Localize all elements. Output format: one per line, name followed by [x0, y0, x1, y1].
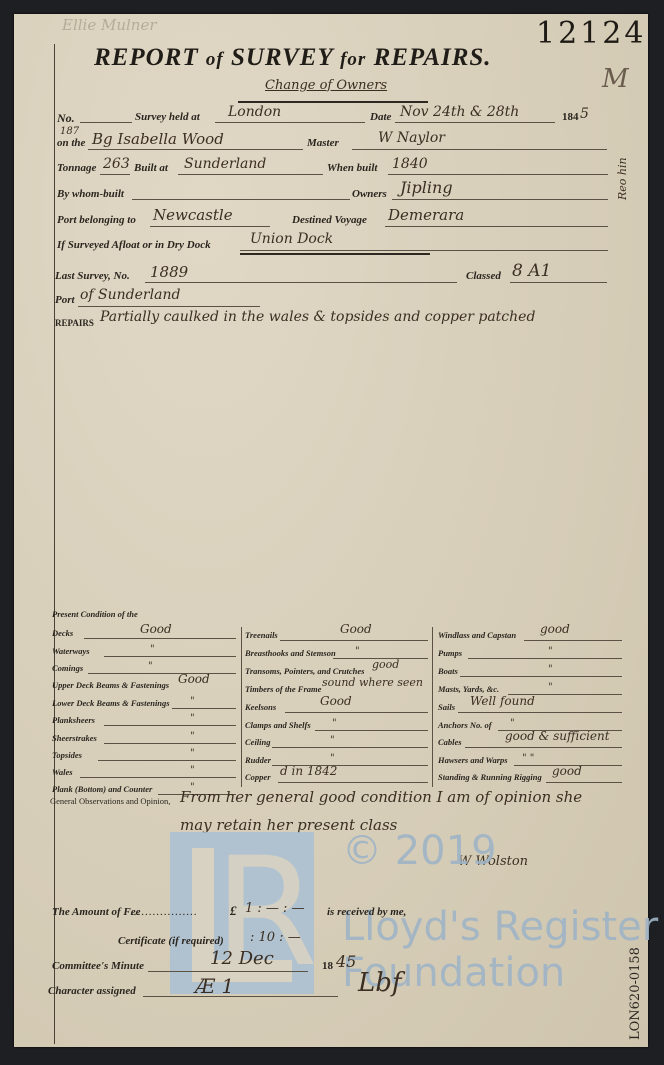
master-label: Master — [307, 137, 339, 149]
condition-value: Good — [140, 622, 172, 636]
tonnage-label: Tonnage — [57, 162, 96, 174]
survey-held-at-label: Survey held at — [135, 111, 200, 123]
port-belonging-label: Port belonging to — [57, 214, 136, 226]
archive-reference: LON620-0158 — [628, 947, 643, 1040]
vessel-name: Bg Isabella Wood — [92, 130, 224, 148]
on-the-label: on the — [57, 137, 85, 149]
certificate-value: : 10 : — — [250, 930, 301, 945]
condition-label: Cables — [438, 737, 462, 747]
condition-label: Transoms, Pointers, and Crutches — [245, 666, 364, 676]
section-divider — [240, 253, 430, 255]
condition-value: " " — [522, 753, 534, 764]
condition-value: " — [190, 765, 195, 776]
committee-year-suffix: 45 — [336, 952, 356, 971]
classed-label: Classed — [466, 270, 501, 282]
received-label: is received by me, — [327, 906, 406, 918]
margin-note: Reo hin — [616, 157, 629, 200]
repairs-value: Partially caulked in the wales & topside… — [100, 309, 535, 325]
condition-label: Standing & Running Rigging — [438, 772, 542, 782]
secretary-initials: Lbf — [358, 968, 402, 998]
condition-value: d in 1842 — [280, 764, 337, 778]
subtitle: Change of Owners — [265, 78, 387, 93]
master-value: W Naylor — [378, 130, 445, 146]
condition-label: Topsides — [52, 750, 82, 760]
condition-label: Timbers of the Frame — [245, 684, 321, 694]
condition-label: Decks — [52, 628, 73, 638]
fee-value: 1 : — : — — [245, 901, 305, 916]
condition-value: Good — [178, 672, 210, 686]
column-divider-2 — [432, 627, 433, 787]
condition-value: " — [150, 644, 155, 655]
pencil-note: Ellie Mulner — [62, 16, 157, 34]
condition-label: Planksheers — [52, 715, 95, 725]
condition-label: Windlass and Capstan — [438, 630, 516, 640]
fee-dots: .................. — [130, 906, 198, 918]
condition-label: Sails — [438, 702, 455, 712]
condition-label: Boats — [438, 666, 458, 676]
when-built-label: When built — [327, 162, 377, 174]
pound-sign: £ — [230, 903, 237, 919]
certificate-label: Certificate (if required) — [118, 935, 224, 947]
condition-label: Rudder — [245, 755, 271, 765]
title-underline — [238, 101, 428, 103]
by-whom-built-label: By whom-built — [57, 188, 124, 200]
last-survey-label: Last Survey, No. — [55, 270, 130, 282]
survey-held-at-value: London — [228, 104, 281, 120]
surveyed-value: Union Dock — [250, 231, 333, 247]
condition-label: Wales — [52, 767, 73, 777]
condition-label: Comings — [52, 663, 83, 673]
condition-value: good — [552, 764, 582, 778]
port-value: of Sunderland — [80, 287, 180, 303]
reference-number: 12124 — [536, 16, 646, 51]
condition-heading: Present Condition of the — [52, 609, 138, 619]
no-label: No. — [57, 111, 75, 126]
condition-value: Well found — [470, 694, 535, 708]
committee-label: Committee's Minute — [52, 960, 144, 972]
condition-value: " — [355, 646, 360, 657]
condition-label: Sheerstrakes — [52, 733, 97, 743]
destined-voyage-value: Demerara — [388, 206, 464, 224]
classed-value: 8 A1 — [512, 261, 551, 281]
condition-value: " — [330, 735, 335, 746]
observations-line-1: From her general good condition I am of … — [180, 788, 582, 806]
page-title: REPORT of SURVEY for REPAIRS. — [94, 44, 492, 72]
condition-label: Copper — [245, 772, 271, 782]
condition-label: Lower Deck Beams & Fastenings — [52, 698, 170, 708]
condition-value: " — [190, 748, 195, 759]
condition-label: Ceiling — [245, 737, 271, 747]
condition-value: " — [330, 753, 335, 764]
repairs-label: REPAIRS — [55, 318, 94, 328]
condition-label: Breasthooks and Stemson — [245, 648, 336, 658]
committee-year-prefix: 18 — [322, 960, 333, 972]
condition-value: " — [190, 696, 195, 707]
condition-value: good — [540, 622, 570, 636]
condition-label: Anchors No. of — [438, 720, 492, 730]
condition-label: Clamps and Shelfs — [245, 720, 311, 730]
built-at-value: Sunderland — [184, 156, 266, 172]
condition-value: Good — [340, 622, 372, 636]
condition-value: " — [548, 646, 553, 657]
built-at-label: Built at — [134, 162, 168, 174]
column-divider-1 — [241, 627, 242, 787]
condition-label: Treenails — [245, 630, 278, 640]
date-value: Nov 24th & 28th — [400, 104, 519, 120]
surveyed-label: If Surveyed Afloat or in Dry Dock — [57, 239, 211, 251]
committee-value: 12 Dec — [210, 948, 274, 969]
condition-value: sound where seen — [322, 676, 423, 689]
owners-label: Owners — [352, 188, 387, 200]
condition-label: Keelsons — [245, 702, 276, 712]
destined-voyage-label: Destined Voyage — [292, 214, 367, 226]
fee-label: The Amount of Fee — [52, 906, 141, 918]
character-value: Æ 1 — [195, 974, 234, 998]
condition-value: Good — [320, 694, 352, 708]
owners-value: Jipling — [400, 178, 453, 197]
condition-value: " — [190, 731, 195, 742]
margin-rule — [54, 44, 55, 1044]
port-belonging-value: Newcastle — [153, 206, 233, 224]
observations-label: General Observations and Opinion, — [50, 796, 170, 806]
condition-value: good & sufficient — [505, 729, 610, 743]
condition-label: Waterways — [52, 646, 90, 656]
year-suffix: 5 — [580, 106, 589, 122]
last-survey-value: 1889 — [150, 263, 188, 281]
corner-initials: M — [602, 64, 629, 94]
no-value: 187 — [60, 126, 79, 137]
condition-value: " — [148, 661, 153, 672]
condition-label: Pumps — [438, 648, 462, 658]
condition-value: " — [548, 682, 553, 693]
when-built-value: 1840 — [392, 156, 428, 172]
condition-value: " — [548, 664, 553, 675]
date-label: Date — [370, 111, 391, 123]
port-label: Port — [55, 294, 75, 306]
condition-label: Plank (Bottom) and Counter — [52, 784, 152, 794]
condition-value: " — [332, 718, 337, 729]
condition-value: " — [510, 718, 515, 729]
condition-label: Masts, Yards, &c. — [438, 684, 499, 694]
condition-value: good — [372, 658, 399, 671]
watermark-copyright: © 2019 — [342, 828, 497, 874]
condition-value: " — [190, 713, 195, 724]
year-prefix: 184 — [562, 111, 579, 123]
condition-label: Upper Deck Beams & Fastenings — [52, 680, 169, 690]
character-label: Character assigned — [48, 985, 136, 997]
tonnage-value: 263 — [103, 156, 130, 172]
condition-label: Hawsers and Warps — [438, 755, 508, 765]
